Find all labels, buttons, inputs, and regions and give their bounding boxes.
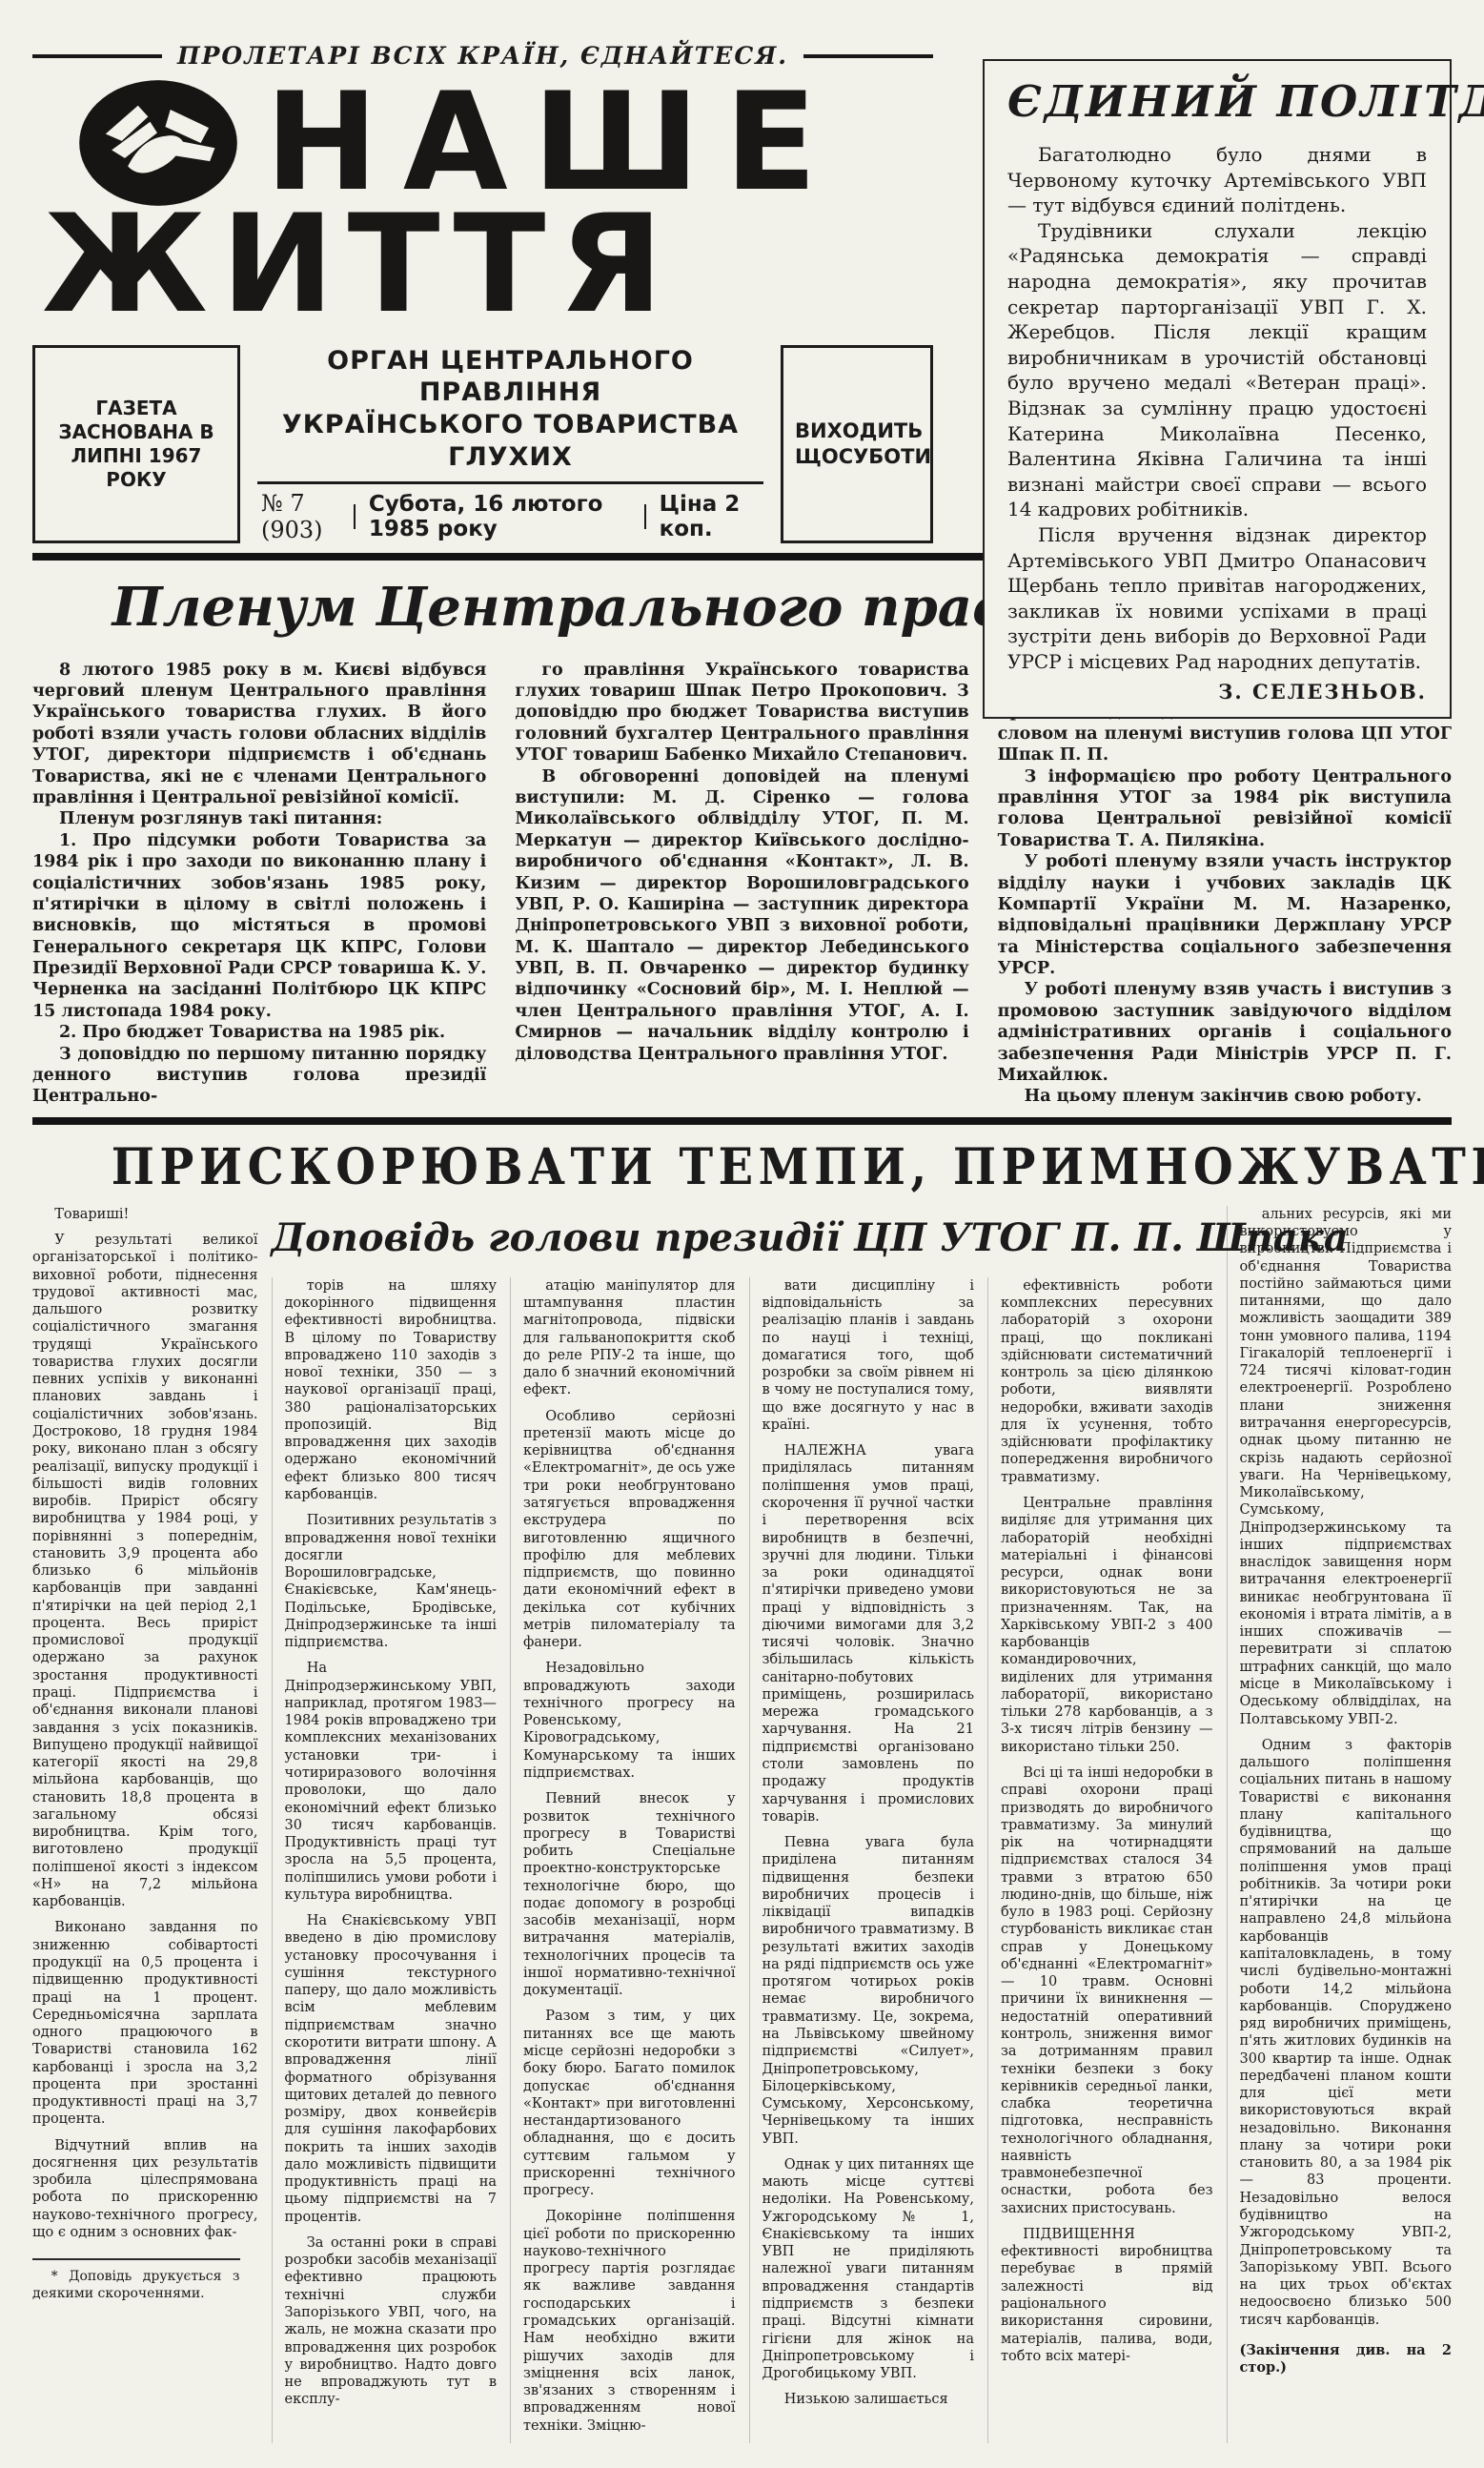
paragraph: Незадовільно впроваджують заходи технічн…: [523, 1660, 736, 1782]
speech-column-3: атацію маніпулятор для штампування пласт…: [510, 1277, 736, 2443]
paragraph: У роботі пленуму взяв участь і виступив …: [998, 979, 1452, 1086]
newspaper-front-page: ПРОЛЕТАРІ ВСІХ КРАЇН, ЄДНАЙТЕСЯ.: [0, 0, 1484, 2468]
speech-column-1-body: Товариші!У результаті великої організато…: [32, 1206, 258, 2241]
schedule-box: ВИХОДИТЬ ЩОСУБОТИ: [781, 345, 933, 543]
paragraph: Разом з тим, у цих питаннях все ще мають…: [523, 2008, 736, 2199]
paragraph: Докорінне поліпшення цієї роботи по прис…: [523, 2208, 736, 2434]
paragraph: го правління Українського товариства глу…: [515, 660, 968, 766]
plenum-column-2: го правління Українського товариства глу…: [515, 660, 968, 1108]
politday-title: ЄДИНИЙ ПОЛІТДЕНЬ: [1007, 76, 1427, 127]
issue-separator: [644, 504, 645, 529]
paragraph: Відчутний вплив на досягнення цих резуль…: [32, 2137, 258, 2242]
paragraph: 8 лютого 1985 року в м. Києві відбувся ч…: [32, 660, 486, 809]
logo-word-zhyttia: ЖИТТЯ: [42, 203, 933, 328]
paragraph: У результаті великої організаторської і …: [32, 1232, 258, 1910]
issue-number: № 7 (903): [261, 490, 340, 543]
paragraph: Певний внесок у розвиток технічного прог…: [523, 1790, 736, 1999]
paragraph: альних ресурсів, які ми використовуємо у…: [1240, 1206, 1453, 1728]
paragraph: НАЛЕЖНА увага приділялась питанням поліп…: [762, 1442, 975, 1826]
paragraph: Після вручення відзнак директор Артемівс…: [1007, 522, 1427, 675]
footnote-text: * Доповідь друкується з деякими скорочен…: [32, 2268, 240, 2302]
speech-section: ПРИСКОРЮВАТИ ТЕМПИ, ПРИМНОЖУВАТИ ДОСЯГНУ…: [32, 1138, 1452, 2443]
paragraph: 2. Про бюджет Товариства на 1985 рік.: [32, 1022, 486, 1043]
speech-column-6: альних ресурсів, які ми використовуємо у…: [1227, 1206, 1453, 2443]
paragraph: торів на шляху докорінного підвищення еф…: [285, 1277, 498, 1503]
speech-headline-text: ПРИСКОРЮВАТИ ТЕМПИ, ПРИМНОЖУВАТИ ДОСЯГНУ…: [112, 1138, 1484, 1196]
plenum-columns: 8 лютого 1985 року в м. Києві відбувся ч…: [32, 660, 1452, 1108]
issue-row: № 7 (903) Субота, 16 лютого 1985 року Ці…: [257, 490, 763, 543]
masthead: ПРОЛЕТАРІ ВСІХ КРАЇН, ЄДНАЙТЕСЯ.: [32, 42, 1452, 543]
paragraph: 1. Про підсумки роботи Товариства за 198…: [32, 830, 486, 1023]
paragraph: Однак у цих питаннях ще мають місце сутт…: [762, 2156, 975, 2382]
speech-subhead: Доповідь голови президії ЦП УТОГ П. П. Ш…: [272, 1206, 1213, 1277]
paragraph: Трудівники слухали лекцію «Радянська дем…: [1007, 218, 1427, 522]
speech-column-1: Товариші!У результаті великої організато…: [32, 1206, 258, 2443]
speech-column-2: торів на шляху докорінного підвищення еф…: [272, 1277, 498, 2443]
schedule-line-2: ЩОСУБОТИ: [795, 444, 919, 469]
speech-footnote: * Доповідь друкується з деякими скорочен…: [32, 2258, 240, 2302]
speech-column-4: вати дисципліну і відповідальність за ре…: [749, 1277, 975, 2443]
logo-block: НАШЕ ЖИТТЯ: [32, 77, 933, 328]
paragraph: Товариші!: [32, 1206, 258, 1223]
paragraph: На цьому пленум закінчив свою роботу.: [998, 1086, 1452, 1107]
issue-price: Ціна 2 коп.: [660, 492, 760, 541]
paragraph: Одним з факторів дальшого поліпшення соц…: [1240, 1737, 1453, 2329]
paragraph: атацію маніпулятор для штампування пласт…: [523, 1277, 736, 1399]
organ-line-2: УКРАЇНСЬКОГО ТОВАРИСТВА ГЛУХИХ: [257, 409, 763, 474]
organ-divider: [257, 481, 763, 484]
paragraph: ефективність роботи комплексних пересувн…: [1001, 1277, 1213, 1486]
paragraph: За останні роки в справі розробки засобі…: [285, 2234, 498, 2409]
paragraph: В обговоренні доповідей на пленумі висту…: [515, 766, 968, 1065]
paragraph: Центральне правління виділяє для утриман…: [1001, 1495, 1213, 1756]
paragraph: З інформацією про роботу Центрального пр…: [998, 766, 1452, 852]
paragraph: ПІДВИЩЕННЯ ефективності виробництва пере…: [1001, 2226, 1213, 2365]
section-divider: [32, 1117, 1452, 1125]
paragraph: Багатолюдно було днями в Червоному куточ…: [1007, 142, 1427, 218]
slogan-rule-left: [32, 54, 162, 58]
paragraph: У роботі пленуму взяли участь інструктор…: [998, 851, 1452, 979]
politday-article: ЄДИНИЙ ПОЛІТДЕНЬ Багатолюдно було днями …: [983, 59, 1452, 719]
paragraph: Всі ці та інші недоробки в справі охорон…: [1001, 1764, 1213, 2217]
paragraph: Виконано завдання по зниженню собівартос…: [32, 1919, 258, 2128]
plenum-column-1: 8 лютого 1985 року в м. Києві відбувся ч…: [32, 660, 486, 1108]
slogan-rule-right: [803, 54, 933, 58]
founded-box: ГАЗЕТА ЗАСНОВАНА В ЛИПНІ 1967 РОКУ: [32, 345, 240, 543]
issue-date: Субота, 16 лютого 1985 року: [369, 492, 631, 541]
paragraph: Певна увага була приділена питанням підв…: [762, 1834, 975, 2148]
paragraph: Особливо серйозні претензії мають місце …: [523, 1408, 736, 1652]
masthead-info-center: ОРГАН ЦЕНТРАЛЬНОГО ПРАВЛІННЯ УКРАЇНСЬКОГ…: [257, 345, 763, 543]
politday-signature: З. СЕЛЕЗНЬОВ.: [1007, 680, 1427, 704]
plenum-column-3: В обговорюваних питаннях по першому і др…: [998, 660, 1452, 1108]
paragraph: Позитивних результатів з впровадження но…: [285, 1512, 498, 1651]
masthead-info-row: ГАЗЕТА ЗАСНОВАНА В ЛИПНІ 1967 РОКУ ОРГАН…: [32, 345, 933, 543]
paragraph: З доповіддю по першому питанню порядку д…: [32, 1044, 486, 1108]
politday-body: Багатолюдно було днями в Червоному куточ…: [1007, 142, 1427, 674]
paragraph: Пленум розглянув такі питання:: [32, 808, 486, 829]
issue-separator: [354, 504, 355, 529]
paragraph: вати дисципліну і відповідальність за ре…: [762, 1277, 975, 1434]
schedule-line-1: ВИХОДИТЬ: [795, 418, 919, 443]
speech-columns: Товариші!У результаті великої організато…: [32, 1206, 1452, 2443]
paragraph: (Закінчення див. на 2 стор.): [1240, 2342, 1453, 2377]
paragraph: На Єнакієвському УВП введено в дію проми…: [285, 1912, 498, 2226]
masthead-left: ПРОЛЕТАРІ ВСІХ КРАЇН, ЄДНАЙТЕСЯ.: [32, 42, 933, 543]
speech-headline: ПРИСКОРЮВАТИ ТЕМПИ, ПРИМНОЖУВАТИ ДОСЯГНУ…: [32, 1138, 1452, 1196]
organ-line-1: ОРГАН ЦЕНТРАЛЬНОГО ПРАВЛІННЯ: [257, 345, 763, 410]
paragraph: Низькою залишається: [762, 2391, 975, 2408]
paragraph: На Дніпродзержинському УВП, наприклад, п…: [285, 1660, 498, 1904]
speech-column-5: ефективність роботи комплексних пересувн…: [987, 1277, 1213, 2443]
